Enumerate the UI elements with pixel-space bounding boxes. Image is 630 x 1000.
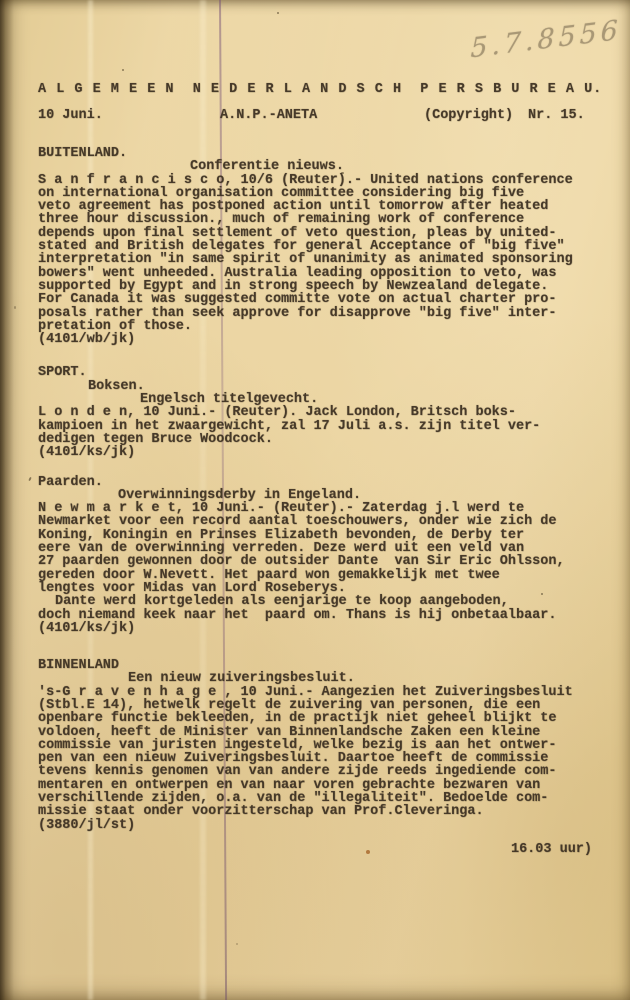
paper-speck [14, 306, 16, 309]
text-line: 's-G r a v e n h a g e , 10 Juni.- Aange… [38, 686, 613, 699]
text-line: Newmarket voor een record aantal toescho… [38, 515, 613, 528]
text-line: (4101/ks/jk) [38, 622, 613, 635]
time-stamp: 16.03 uur) [511, 843, 592, 856]
text-line: Dante werd kortgeleden als eenjarige te … [38, 595, 613, 608]
paper-speck [341, 172, 344, 174]
text-line: SPORT. [38, 366, 613, 379]
text-line: openbare functie bekleeden, in de practi… [38, 712, 613, 725]
handwritten-archive-number: 5.7.8556 [470, 15, 622, 65]
paper-speck [28, 477, 32, 481]
document-body: BUITENLAND.Conferentie nieuws.S a n f r … [38, 147, 613, 832]
text-line: (4101/ks/jk) [38, 446, 613, 459]
paper-speck [122, 69, 124, 71]
text-line: Conferentie nieuws. [38, 160, 613, 173]
wire-name: A.N.P.-ANETA [220, 109, 317, 122]
text-line: Boksen. [38, 380, 613, 393]
text-line: voldoen, heeft de Minister van Binnenlan… [38, 726, 613, 739]
text-line: Paarden. [38, 476, 613, 489]
issue-number: Nr. 15. [528, 109, 585, 122]
text-line: missie staat onder voorzitterschap van P… [38, 805, 613, 818]
text-line: L o n d e n, 10 Juni.- (Reuter). Jack Lo… [38, 406, 613, 419]
text-line: posals rather than seek approve for disa… [38, 307, 613, 320]
paper-edge-shadow [0, 0, 14, 1000]
text-line: tevens kennis genomen van van andere zij… [38, 765, 613, 778]
copyright-note: (Copyright) [424, 109, 513, 122]
text-line: kampioen in het zwaargewicht, zal 17 Jul… [38, 420, 613, 433]
text-line: doch niemand keek naar het paard om. Tha… [38, 609, 613, 622]
paper-speck [541, 593, 543, 595]
dateline-row: 10 Juni. A.N.P.-ANETA (Copyright) Nr. 15… [0, 109, 630, 125]
paper-speck [277, 12, 279, 14]
rust-stain-dot [366, 850, 370, 854]
text-line: 27 paarden gewonnen door de outsider Dan… [38, 555, 613, 568]
text-line: bowers" went unheeded. Australia leading… [38, 267, 613, 280]
text-line: (4101/wb/jk) [38, 333, 613, 346]
text-line: S a n f r a n c i s c o, 10/6 (Reuter).-… [38, 174, 613, 187]
text-line: three hour discussion., much of remainin… [38, 213, 613, 226]
paper-speck [236, 943, 238, 945]
agency-title: A L G E M E E N N E D E R L A N D S C H … [38, 83, 602, 96]
text-line: gereden door W.Nevett. Het paard won gem… [38, 569, 613, 582]
text-line: interpretation "in same spirit of unanim… [38, 253, 613, 266]
scanned-document-page: 5.7.8556 A L G E M E E N N E D E R L A N… [0, 0, 630, 1000]
text-line: (3880/jl/st) [38, 819, 613, 832]
text-line: For Canada it was suggested committe vot… [38, 293, 613, 306]
text-line: Een nieuw zuiveringsbesluit. [38, 672, 613, 685]
issue-date: 10 Juni. [38, 109, 103, 122]
